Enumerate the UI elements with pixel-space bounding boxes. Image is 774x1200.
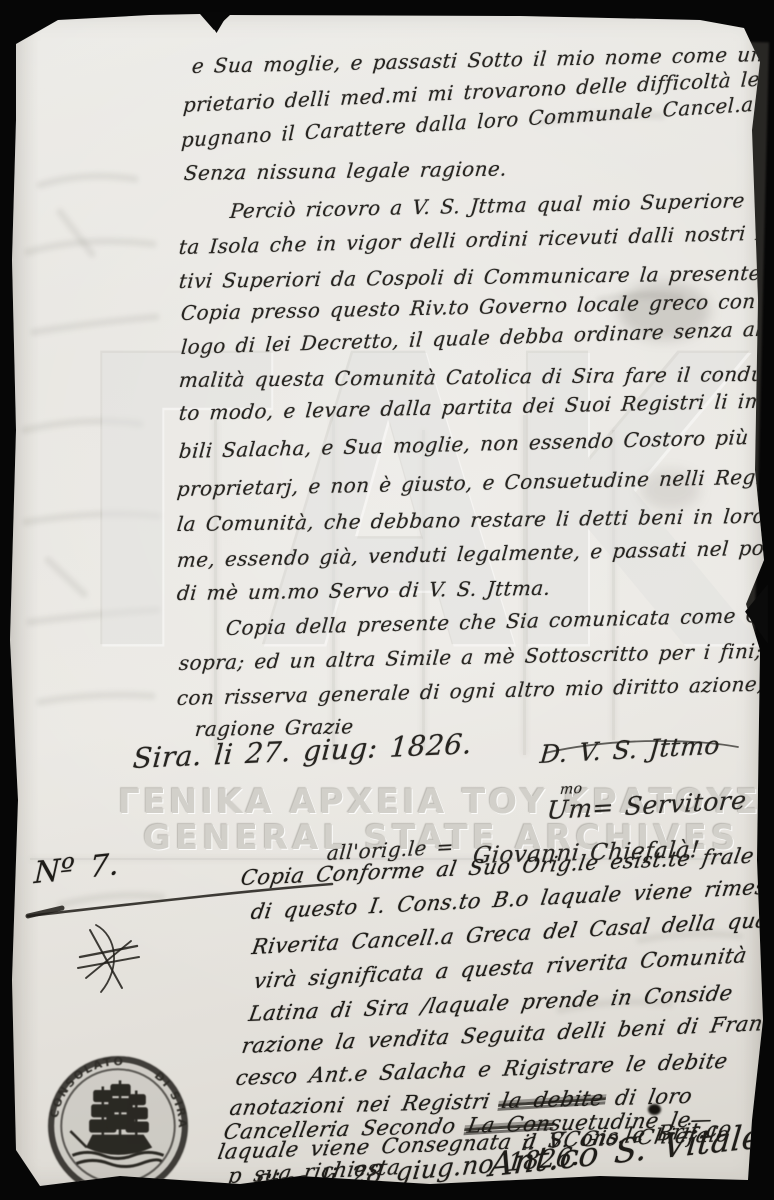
pen-flourishes: [0, 0, 774, 1200]
ink-blot: [648, 1104, 661, 1115]
manuscript-page: ΓΑΚ ΓΕΝΙΚΑ ΑΡΧΕΙΑ ΤΟΥ ΚΡΑΤΟΥΣ GENERAL ST…: [0, 0, 774, 1200]
consulate-stamp: CONSOLATO DI SIRA: [42, 1050, 194, 1200]
scanned-document: ΓΑΚ ΓΕΝΙΚΑ ΑΡΧΕΙΑ ΤΟΥ ΚΡΑΤΟΥΣ GENERAL ST…: [0, 0, 774, 1200]
